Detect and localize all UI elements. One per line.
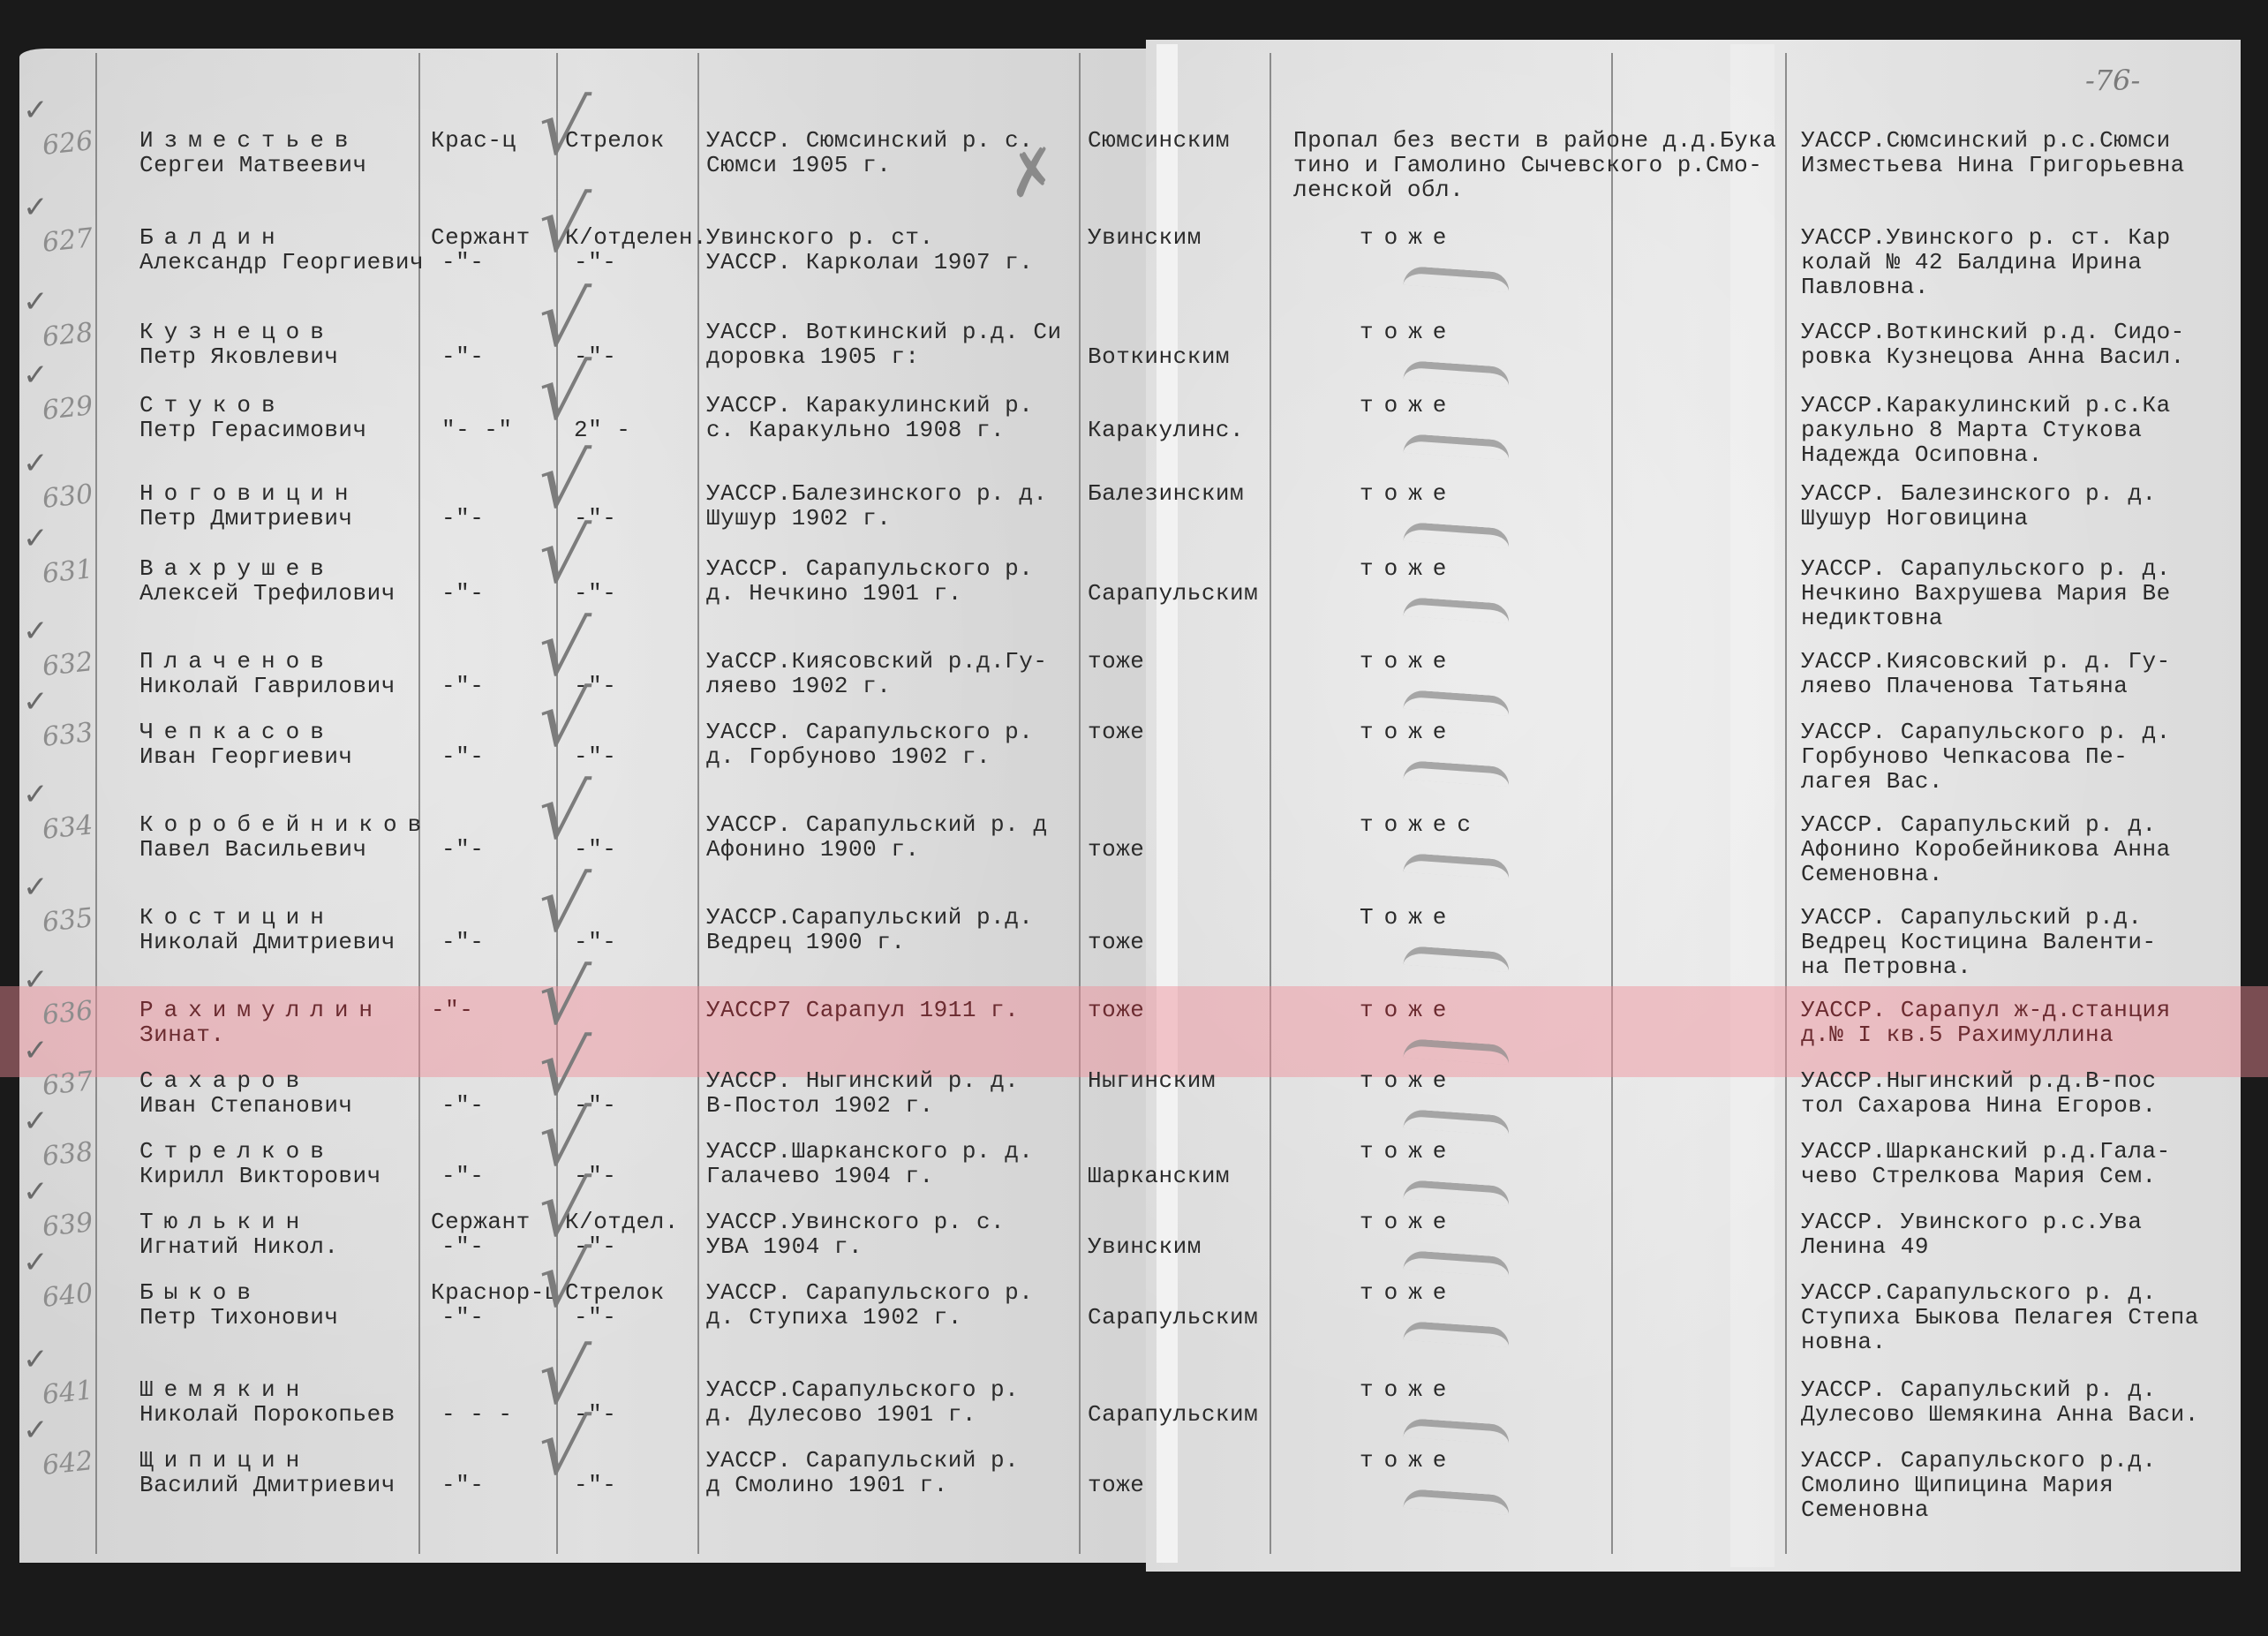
verification-check-icon: √ <box>533 870 591 940</box>
draft-office-line2: Сарапульским <box>1088 1305 1258 1330</box>
birthplace-line2: Ведрец 1900 г. <box>706 930 905 954</box>
record-number: 634 <box>41 810 94 846</box>
verification-check-icon: √ <box>533 614 591 684</box>
page-fold-shadow <box>1730 44 1774 1567</box>
surname: Стуков <box>139 393 286 418</box>
rank-ditto: -"- <box>441 930 484 954</box>
verification-check-icon: √ <box>533 1174 591 1245</box>
fate-note: тоже <box>1360 1377 1457 1402</box>
draft-office-line2: Шарканским <box>1088 1164 1230 1188</box>
birthplace-line2: Афонино 1900 г. <box>706 837 920 862</box>
given-name: Николай Порокопьев <box>139 1402 396 1427</box>
family-address: Надежда Осиповна. <box>1801 442 2043 467</box>
given-name: Николай Дмитриевич <box>139 930 396 954</box>
margin-check-icon: ✓ <box>23 777 49 812</box>
rank-ditto: -"- <box>441 1305 484 1330</box>
margin-check-icon: ✓ <box>23 1245 49 1280</box>
birthplace-line1: УАССР. Сарапульского р. <box>706 1280 1033 1305</box>
verification-check-icon: √ <box>533 777 591 848</box>
family-address: УАССР. Балезинского р. д. <box>1801 481 2157 506</box>
family-address: Афонино Коробейникова Анна <box>1801 837 2171 862</box>
family-address: тол Сахарова Нина Егоров. <box>1801 1093 2157 1118</box>
fate-note: Тоже <box>1360 905 1457 930</box>
family-address: Смолино Щипицина Мария <box>1801 1473 2114 1497</box>
birthplace-line1: УАССР. Сарапульского р. <box>706 556 1033 581</box>
verification-check-icon: √ <box>533 1342 591 1413</box>
birthplace-line1: УАССР. Сюмсинский р. с. <box>706 128 1033 153</box>
family-address: УАССР. Сарапульский р. д. <box>1801 812 2157 837</box>
record-number: 637 <box>41 1066 94 1102</box>
family-address: чево Стрелкова Мария Сем. <box>1801 1164 2157 1188</box>
surname: Стрелков <box>139 1139 335 1164</box>
birthplace-line2: Сюмси 1905 г. <box>706 153 891 177</box>
family-address: Горбуново Чепкасова Пе- <box>1801 744 2128 769</box>
rank-ditto: -"- <box>441 506 484 531</box>
column-divider <box>697 53 699 1554</box>
given-name: Петр Яковлевич <box>139 344 338 369</box>
column-divider <box>1611 53 1613 1554</box>
family-address: Ленина 49 <box>1801 1234 1929 1259</box>
rank-ditto: -"- <box>441 744 484 769</box>
family-address: УАССР.Киясовский р. д. Гу- <box>1801 649 2171 674</box>
family-address: УАССР.Шарканский р.д.Гала- <box>1801 1139 2171 1164</box>
verification-check-icon: √ <box>533 521 591 592</box>
record-number: 632 <box>41 646 94 682</box>
record-number: 638 <box>41 1136 94 1172</box>
verification-check-icon: √ <box>533 962 591 1033</box>
family-address: Семеновна <box>1801 1497 1929 1522</box>
family-address: УАССР.Увинского р. ст. Кар <box>1801 225 2171 250</box>
birthplace-line1: УАССР7 Сарапул 1911 г. <box>706 998 1019 1022</box>
margin-check-icon: ✓ <box>23 1174 49 1210</box>
draft-office: тоже <box>1088 720 1144 744</box>
fate-note: тоже <box>1360 649 1457 674</box>
rank-ditto: -"- <box>441 674 484 698</box>
margin-check-icon: ✓ <box>23 1413 49 1448</box>
rank: Сержант <box>431 1210 531 1234</box>
draft-office: тоже <box>1088 649 1144 674</box>
record-number: 633 <box>41 717 94 753</box>
family-address: Изместьева Нина Григорьевна <box>1801 153 2185 177</box>
margin-check-icon: ✓ <box>23 870 49 905</box>
rank-ditto: -"- <box>441 344 484 369</box>
margin-check-icon: ✓ <box>23 684 49 720</box>
surname: Кузнецов <box>139 320 335 344</box>
rank: -"- <box>431 998 473 1022</box>
rank-ditto: - - - <box>441 1402 513 1427</box>
birthplace-line2: д Смолино 1901 г. <box>706 1473 948 1497</box>
family-address: Павловна. <box>1801 275 1929 299</box>
verification-check-icon: √ <box>533 1245 591 1316</box>
family-address: УАССР. Сарапул ж-д.станция <box>1801 998 2171 1022</box>
family-address: УАССР. Сарапульского р.д. <box>1801 1448 2157 1473</box>
birthplace-line1: Увинского р. ст. <box>706 225 934 250</box>
fate-note: тоже <box>1360 225 1457 250</box>
rank-ditto: -"- <box>441 581 484 606</box>
fate-note: тино и Гамолино Сычевского р.Смо- <box>1293 153 1762 177</box>
birthplace-line1: УАССР. Сарапульский р. <box>706 1448 1019 1473</box>
family-address: УАССР. Сарапульского р. д. <box>1801 720 2171 744</box>
family-address: Семеновна. <box>1801 862 1943 886</box>
margin-check-icon: ✓ <box>23 190 49 225</box>
family-address: УАССР.Сюмсинский р.с.Сюмси <box>1801 128 2171 153</box>
verification-check-icon: √ <box>533 684 591 755</box>
margin-check-icon: ✓ <box>23 962 49 998</box>
family-address: УАССР. Сарапульского р. д. <box>1801 556 2171 581</box>
surname: Чепкасов <box>139 720 335 744</box>
rank-ditto: "- -" <box>441 418 513 442</box>
family-address: Шушур Ноговицина <box>1801 506 2029 531</box>
column-divider <box>1079 53 1081 1554</box>
margin-check-icon: ✓ <box>23 1033 49 1068</box>
surname: Ноговицин <box>139 481 358 506</box>
draft-office-line2: Воткинским <box>1088 344 1230 369</box>
draft-office: Балезинским <box>1088 481 1244 506</box>
birthplace-line2: доровка 1905 г: <box>706 344 920 369</box>
margin-check-icon: ✓ <box>23 446 49 481</box>
family-address: д.№ I кв.5 Рахимуллина <box>1801 1022 2114 1047</box>
column-divider <box>1270 53 1271 1554</box>
given-name: Петр Тихонович <box>139 1305 338 1330</box>
birthplace-line1: УАССР. Сарапульского р. <box>706 720 1033 744</box>
rank-ditto: -"- <box>441 837 484 862</box>
verification-check-icon: √ <box>533 1104 591 1174</box>
family-address: ровка Кузнецова Анна Васил. <box>1801 344 2185 369</box>
birthplace-line2: д. Дулесово 1901 г. <box>706 1402 976 1427</box>
birthplace-line2: Шушур 1902 г. <box>706 506 891 531</box>
birthplace-line2: УАССР. Карколаи 1907 г. <box>706 250 1033 275</box>
surname: Рахимуллин <box>139 998 383 1022</box>
birthplace-line1: УАССР.Балезинского р. д. <box>706 481 1047 506</box>
birthplace-line1: УАССР.Шарканского р. д. <box>706 1139 1033 1164</box>
rank-ditto: -"- <box>441 250 484 275</box>
fate-note: тоже <box>1360 1210 1457 1234</box>
surname: Коробейников <box>139 812 432 837</box>
surname: Балдин <box>139 225 286 250</box>
fate-note: тоже <box>1360 393 1457 418</box>
given-name: Зинат. <box>139 1022 225 1047</box>
surname: Костицин <box>139 905 335 930</box>
family-address: недиктовна <box>1801 606 1943 630</box>
given-name: Игнатий Никол. <box>139 1234 338 1259</box>
birthplace-line1: УАССР.Увинского р. с. <box>706 1210 1005 1234</box>
draft-office: Ныгинским <box>1088 1068 1216 1093</box>
record-number: 640 <box>41 1278 94 1314</box>
family-address: Ступиха Быкова Пелагея Степа <box>1801 1305 2199 1330</box>
family-address: новна. <box>1801 1330 1887 1354</box>
record-number: 635 <box>41 902 94 939</box>
given-name: Петр Дмитриевич <box>139 506 353 531</box>
birthplace-line1: УАССР. Сарапульский р. д <box>706 812 1047 837</box>
fate-note: тоже <box>1360 320 1457 344</box>
surname: Плаченов <box>139 649 335 674</box>
birthplace-line1: УАССР. Ныгинский р. д. <box>706 1068 1019 1093</box>
verification-check-icon: √ <box>533 190 591 260</box>
family-address: УАССР.Ныгинский р.д.В-пос <box>1801 1068 2157 1093</box>
draft-office-line2: Каракулинс. <box>1088 418 1244 442</box>
page-number: -76- <box>2085 64 2140 97</box>
margin-check-icon: ✓ <box>23 1104 49 1139</box>
margin-check-icon: ✓ <box>23 614 49 649</box>
fate-note: тоже <box>1360 1280 1457 1305</box>
draft-office-line2: Увинским <box>1088 1234 1202 1259</box>
birthplace-line1: УАССР.Сарапульский р.д. <box>706 905 1033 930</box>
rank-ditto: -"- <box>441 1473 484 1497</box>
surname: Быков <box>139 1280 261 1305</box>
birthplace-line2: с. Каракульно 1908 г. <box>706 418 1005 442</box>
verification-check-icon: √ <box>533 93 591 163</box>
draft-office: Сюмсинским <box>1088 128 1230 153</box>
record-number: 641 <box>41 1375 94 1411</box>
given-name: Сергеи Матвеевич <box>139 153 367 177</box>
draft-office-line2: тоже <box>1088 837 1144 862</box>
birthplace-line2: д. Ступиха 1902 г. <box>706 1305 962 1330</box>
rank-ditto: -"- <box>441 1093 484 1118</box>
birthplace-line2: д. Горбуново 1902 г. <box>706 744 991 769</box>
fate-note: ленской обл. <box>1293 177 1464 202</box>
surname: Щипицин <box>139 1448 310 1473</box>
birthplace-line2: Галачево 1904 г. <box>706 1164 934 1188</box>
family-address: УАССР. Сарапульский р.д. <box>1801 905 2142 930</box>
surname: Сахаров <box>139 1068 310 1093</box>
given-name: Иван Степанович <box>139 1093 353 1118</box>
birthplace-line2: ляево 1902 г. <box>706 674 891 698</box>
given-name: Николай Гаврилович <box>139 674 396 698</box>
rank: Сержант <box>431 225 531 250</box>
verification-check-icon: √ <box>533 284 591 355</box>
birthplace-line1: УАССР. Воткинский р.д. Си <box>706 320 1062 344</box>
column-divider <box>1785 53 1787 1554</box>
birthplace-line1: УАССР.Сарапульского р. <box>706 1377 1019 1402</box>
page-fold <box>1157 44 1178 1563</box>
record-number: 642 <box>41 1445 94 1481</box>
verification-check-icon: √ <box>533 446 591 516</box>
given-name: Василий Дмитриевич <box>139 1473 396 1497</box>
record-number: 629 <box>41 390 94 426</box>
given-name: Петр Герасимович <box>139 418 367 442</box>
fate-note: тоже <box>1360 998 1457 1022</box>
record-number: 639 <box>41 1207 94 1243</box>
margin-check-icon: ✓ <box>23 358 49 393</box>
birthplace-line1: УаССР.Киясовский р.д.Гу- <box>706 649 1047 674</box>
birthplace-line2: УВА 1904 г. <box>706 1234 863 1259</box>
given-name: Алексей Трефилович <box>139 581 396 606</box>
verification-check-icon: √ <box>533 1413 591 1483</box>
margin-check-icon: ✓ <box>23 1342 49 1377</box>
margin-check-icon: ✓ <box>23 284 49 320</box>
family-address: на Петровна. <box>1801 954 1971 979</box>
birthplace-line2: В-Постол 1902 г. <box>706 1093 934 1118</box>
rank-ditto: -"- <box>441 1234 484 1259</box>
column-divider <box>418 53 420 1554</box>
family-address: лагея Вас. <box>1801 769 1943 794</box>
family-address: УАССР. Увинского р.с.Ува <box>1801 1210 2142 1234</box>
draft-office-line2: Сарапульским <box>1088 1402 1258 1427</box>
given-name: Павел Васильевич <box>139 837 367 862</box>
family-address: ракульно 8 Марта Стукова <box>1801 418 2142 442</box>
family-address: колай № 42 Балдина Ирина <box>1801 250 2142 275</box>
given-name: Александр Георгиевич <box>139 250 424 275</box>
rank-ditto: -"- <box>441 1164 484 1188</box>
draft-office-line2: тоже <box>1088 930 1144 954</box>
fate-note: тоже <box>1360 556 1457 581</box>
fate-note: тоже <box>1360 1448 1457 1473</box>
birthplace-line2: д. Нечкино 1901 г. <box>706 581 962 606</box>
family-address: УАССР. Сарапульский р. д. <box>1801 1377 2157 1402</box>
verification-check-icon: √ <box>533 358 591 428</box>
fate-note: тожес <box>1360 812 1481 837</box>
record-number: 628 <box>41 317 94 353</box>
family-address: ляево Плаченова Татьяна <box>1801 674 2128 698</box>
column-divider <box>95 53 97 1554</box>
family-address: УАССР.Каракулинский р.с.Ка <box>1801 393 2171 418</box>
family-address: Ведрец Костицина Валенти- <box>1801 930 2157 954</box>
fate-note: тоже <box>1360 481 1457 506</box>
given-name: Иван Георгиевич <box>139 744 353 769</box>
surname: Шемякин <box>139 1377 310 1402</box>
draft-office: тоже <box>1088 998 1144 1022</box>
record-number: 636 <box>41 995 94 1031</box>
draft-office: Увинским <box>1088 225 1202 250</box>
record-number: 631 <box>41 554 94 590</box>
fate-note: тоже <box>1360 1068 1457 1093</box>
margin-check-icon: ✓ <box>23 521 49 556</box>
family-address: Дулесово Шемякина Анна Васи. <box>1801 1402 2199 1427</box>
family-address: УАССР.Воткинский р.д. Сидо- <box>1801 320 2185 344</box>
family-address: Нечкино Вахрушева Мария Ве <box>1801 581 2171 606</box>
margin-check-icon: ✓ <box>23 93 49 128</box>
surname: Изместьев <box>139 128 358 153</box>
birthplace-line1: УАССР. Каракулинский р. <box>706 393 1033 418</box>
record-number: 627 <box>41 222 94 259</box>
surname: Тюлькин <box>139 1210 310 1234</box>
record-number: 630 <box>41 479 94 515</box>
record-number: 626 <box>41 125 94 162</box>
draft-office-line2: Сарапульским <box>1088 581 1258 606</box>
draft-office-line2: тоже <box>1088 1473 1144 1497</box>
surname: Вахрушев <box>139 556 335 581</box>
fate-note: тоже <box>1360 720 1457 744</box>
verification-check-icon: √ <box>533 1033 591 1104</box>
family-address: УАССР.Сарапульского р. д. <box>1801 1280 2157 1305</box>
rank: Крас-ц <box>431 128 516 153</box>
fate-note: Пропал без вести в районе д.д.Бука <box>1293 128 1777 153</box>
given-name: Кирилл Викторович <box>139 1164 381 1188</box>
fate-note: тоже <box>1360 1139 1457 1164</box>
